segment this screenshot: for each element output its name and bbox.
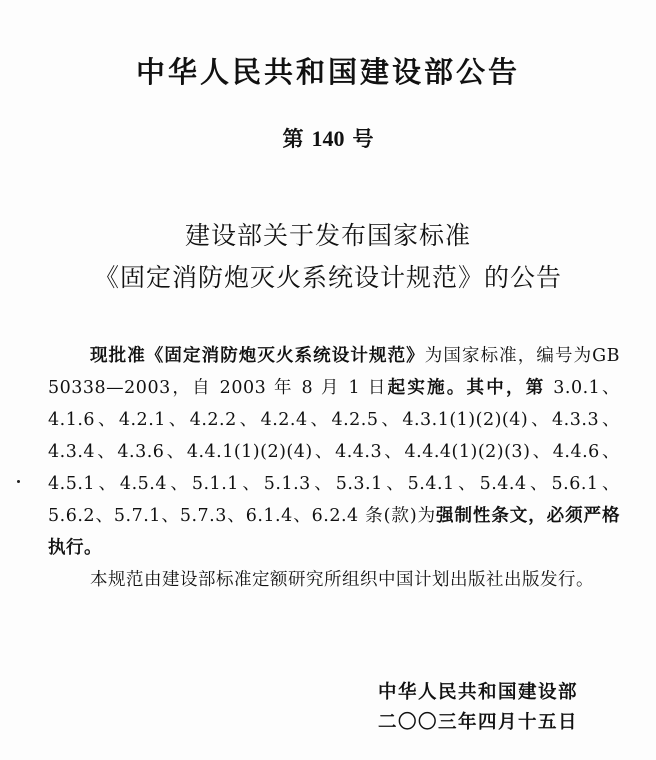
- body-paragraph-1: 现批准《固定消防炮灭火系统设计规范》为国家标准，编号为GB 50338—2003…: [48, 340, 620, 564]
- issue-date: 二〇〇三年四月十五日: [378, 708, 578, 738]
- announcement-number: 第140号: [0, 124, 656, 154]
- body-paragraph-2: 本规范由建设部标准定额研究所组织中国计划出版社出版发行。: [48, 564, 620, 596]
- number-value: 140: [312, 126, 345, 151]
- document-page: 中华人民共和国建设部公告 第140号 建设部关于发布国家标准 《固定消防炮灭火系…: [0, 0, 656, 760]
- announcement-body: 现批准《固定消防炮灭火系统设计规范》为国家标准，编号为GB 50338—2003…: [48, 340, 620, 596]
- subtitle-line-1: 建设部关于发布国家标准: [0, 215, 656, 257]
- announcement-title: 中华人民共和国建设部公告: [0, 52, 656, 92]
- paragraph-1-bold-mid: 起实施。其中，第: [388, 378, 546, 398]
- subtitle-line-2: 《固定消防炮灭火系统设计规范》的公告: [0, 257, 656, 299]
- paragraph-1-clause-list: 3.0.1、4.1.6、4.2.1、4.2.2、4.2.4、4.2.5、4.3.…: [48, 378, 620, 526]
- number-prefix: 第: [283, 127, 304, 151]
- announcement-subtitle: 建设部关于发布国家标准 《固定消防炮灭火系统设计规范》的公告: [0, 215, 656, 299]
- signature-block: 中华人民共和国建设部 二〇〇三年四月十五日: [378, 678, 578, 738]
- issuer-name: 中华人民共和国建设部: [378, 678, 578, 708]
- scan-speck: [17, 480, 20, 483]
- number-suffix: 号: [353, 127, 374, 151]
- paragraph-1-bold-lead: 现批准《固定消防炮灭火系统设计规范》: [90, 346, 425, 366]
